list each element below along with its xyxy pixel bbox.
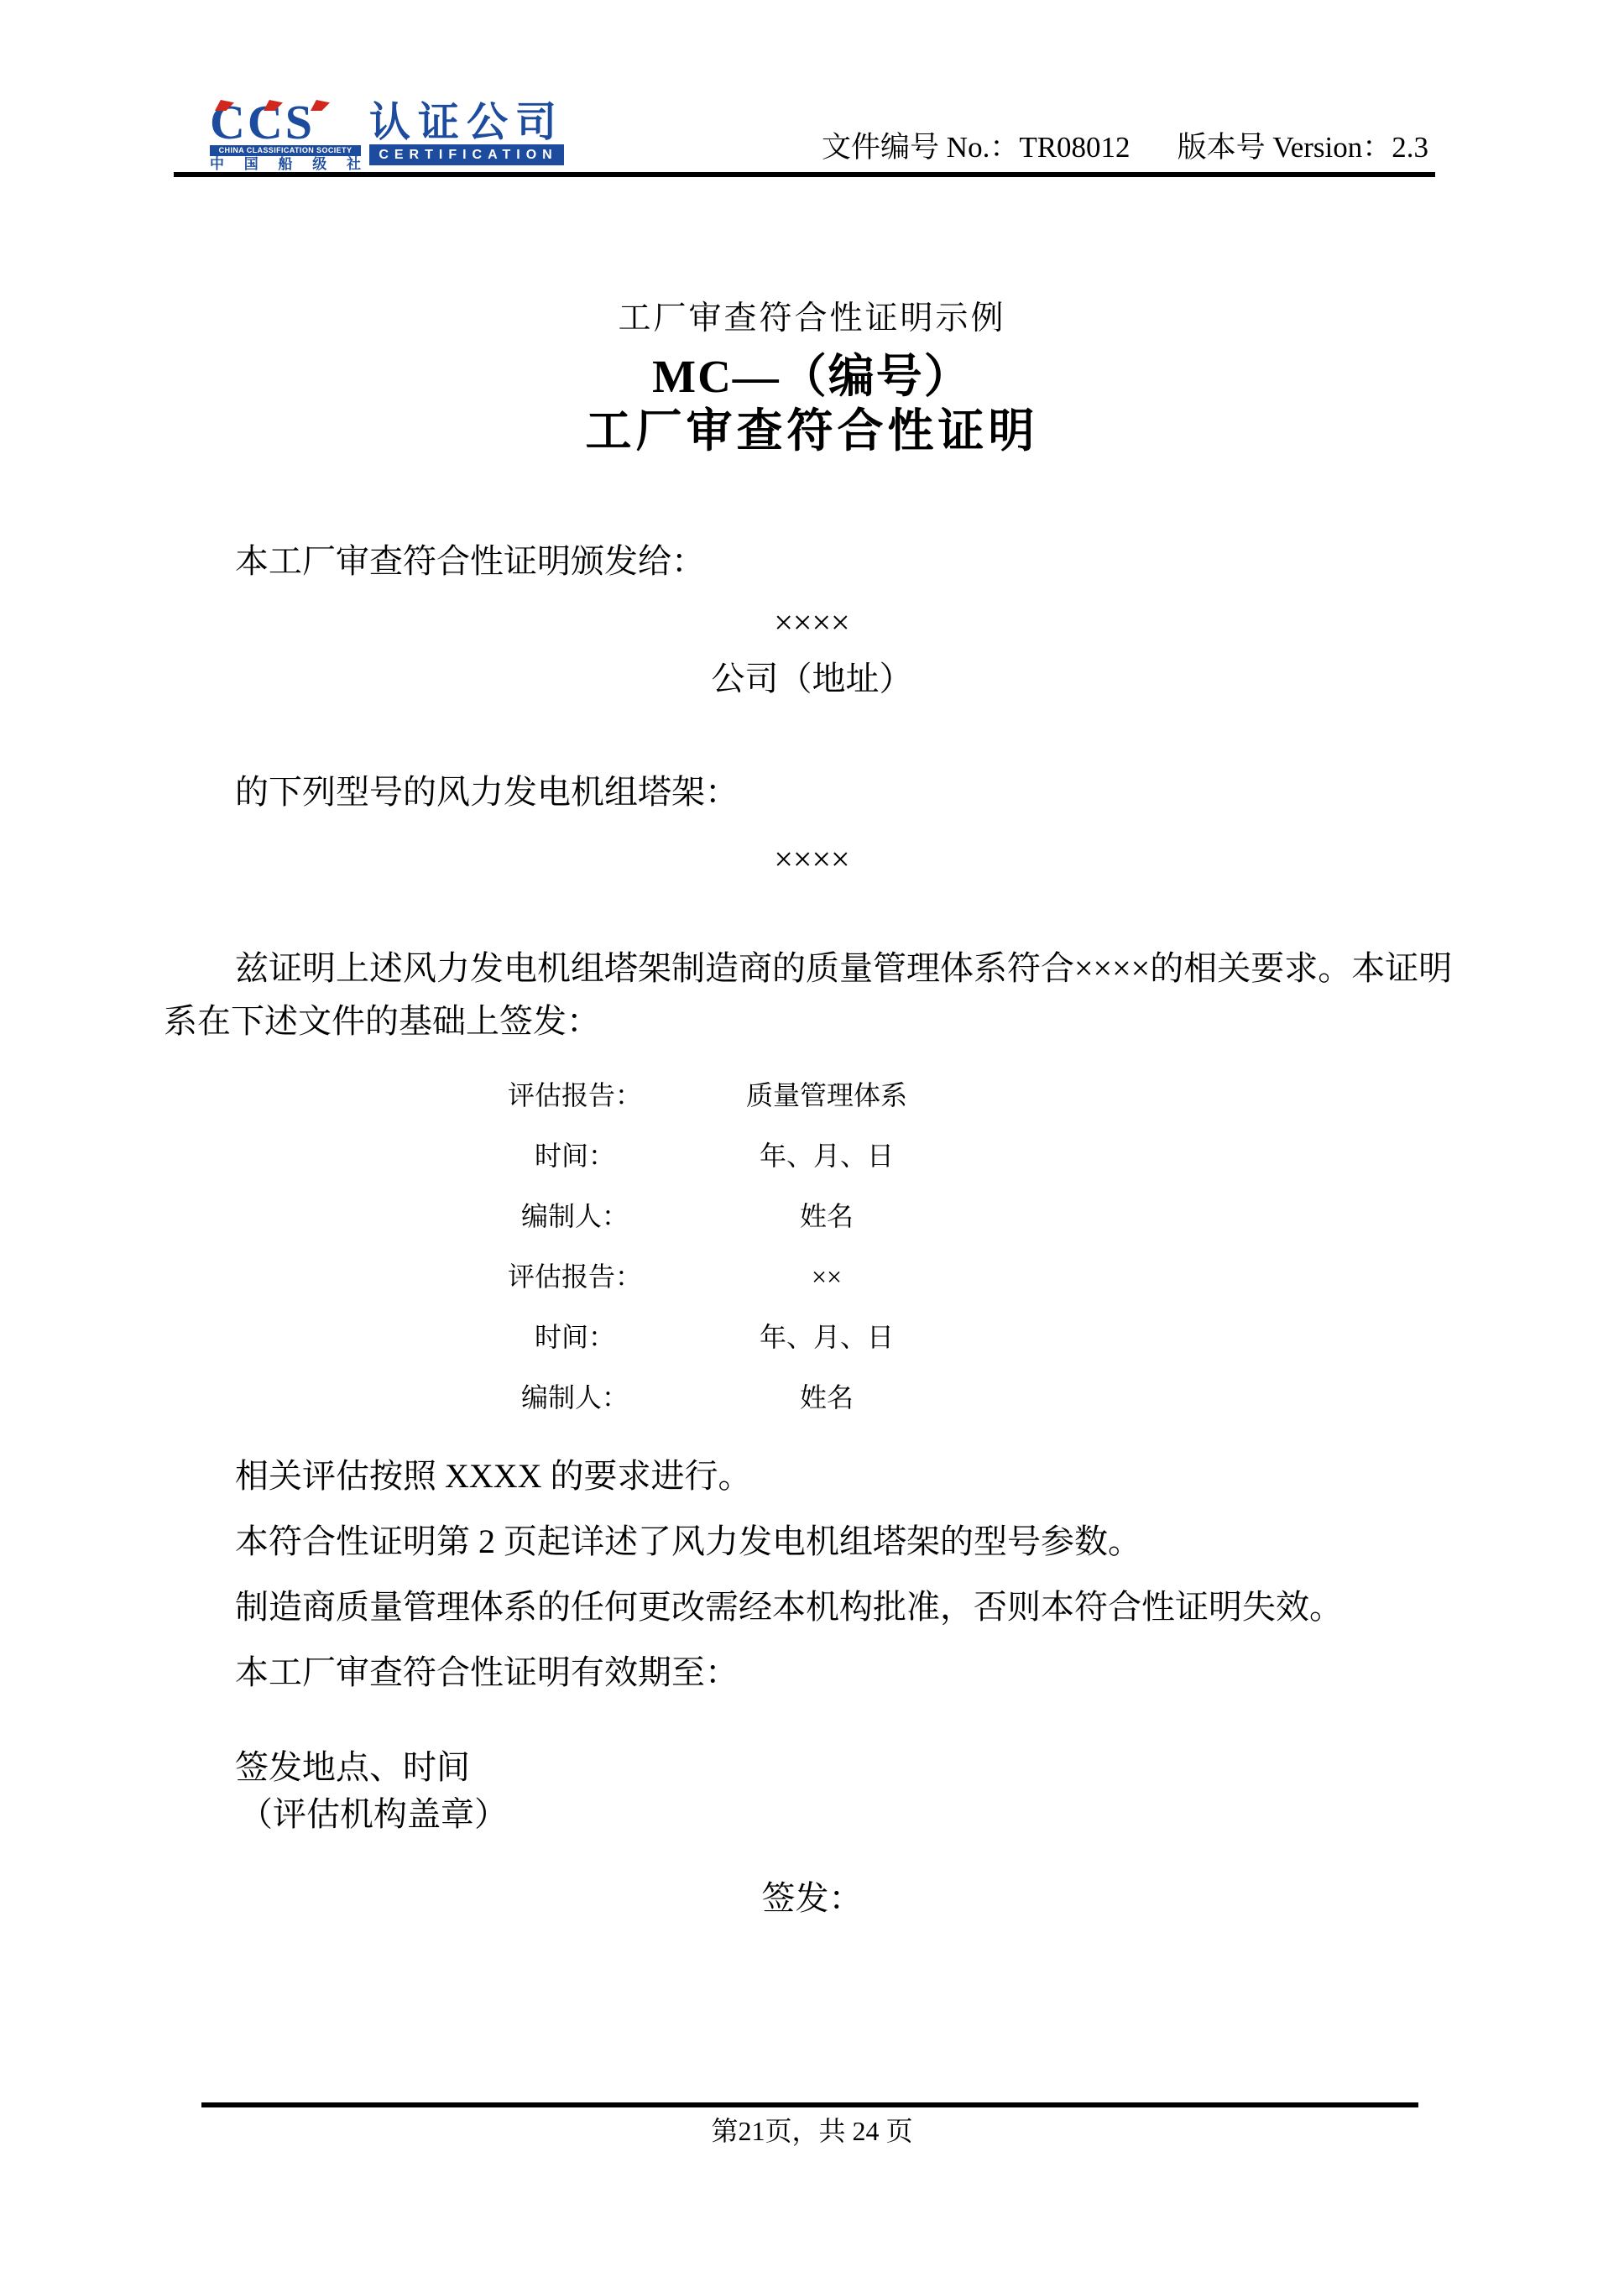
header-divider bbox=[174, 172, 1435, 177]
row-label: 时间： bbox=[449, 1141, 701, 1170]
issued-to-label: 本工厂审查符合性证明颁发给： bbox=[164, 541, 1456, 582]
certification-en-banner: CERTIFICATION bbox=[369, 144, 564, 165]
page-header: CCS CHINA CLASSIFICATION SOCIETY 中 国 船 级… bbox=[0, 0, 1624, 177]
certification-company-cn: 认证公司 bbox=[369, 104, 564, 141]
ccs-logo-left: CCS CHINA CLASSIFICATION SOCIETY 中 国 船 级… bbox=[210, 104, 361, 171]
row-value: 质量管理体系 bbox=[701, 1081, 953, 1110]
note-validity: 本工厂审查符合性证明有效期至： bbox=[164, 1653, 1456, 1693]
title-cert-number: MC—（编号） bbox=[0, 353, 1624, 401]
row-value: 姓名 bbox=[701, 1202, 953, 1230]
row-value: ×× bbox=[701, 1262, 953, 1291]
doc-version: 版本号 Version：2.3 bbox=[1178, 131, 1428, 164]
page-footer: 第21页，共 24 页 bbox=[0, 2102, 1624, 2146]
footer-divider bbox=[201, 2102, 1418, 2107]
issue-place-block: 签发地点、时间 （评估机构盖章） bbox=[164, 1747, 1456, 1835]
doc-number: 文件编号 No.：TR08012 bbox=[822, 131, 1131, 164]
row-label: 编制人： bbox=[449, 1202, 701, 1230]
model-placeholder: ×××× bbox=[0, 839, 1624, 880]
certify-statement-line2: 系在下述文件的基础上签发： bbox=[164, 995, 1469, 1047]
society-cn-char: 级 bbox=[312, 157, 326, 171]
assessment-table: 评估报告： 质量管理体系 时间： 年、月、日 编制人： 姓名 评估报告： ×× … bbox=[0, 1081, 1624, 1412]
row-label: 编制人： bbox=[449, 1383, 701, 1412]
row-value: 年、月、日 bbox=[701, 1141, 953, 1170]
document-meta: 文件编号 No.：TR08012版本号 Version：2.3 bbox=[822, 132, 1428, 164]
row-value: 年、月、日 bbox=[701, 1323, 953, 1351]
issue-seal-line: （评估机构盖章） bbox=[164, 1794, 1456, 1835]
society-cn-char: 中 bbox=[210, 157, 224, 171]
certify-statement-line1: 兹证明上述风力发电机组塔架制造商的质量管理体系符合××××的相关要求。本证明 bbox=[164, 942, 1469, 995]
society-cn-char: 国 bbox=[244, 157, 258, 171]
row-label: 评估报告： bbox=[449, 1081, 701, 1110]
row-label: 时间： bbox=[449, 1323, 701, 1351]
title-example-line: 工厂审查符合性证明示例 bbox=[0, 300, 1624, 337]
society-cn-char: 船 bbox=[279, 157, 293, 171]
table-row: 评估报告： ×× bbox=[449, 1262, 1624, 1291]
company-placeholder: ×××× bbox=[0, 603, 1624, 643]
note-assessment-basis: 相关评估按照 XXXX 的要求进行。 bbox=[164, 1456, 1456, 1496]
table-row: 编制人： 姓名 bbox=[449, 1202, 1624, 1230]
table-row: 时间： 年、月、日 bbox=[449, 1323, 1624, 1351]
ccs-logo: CCS CHINA CLASSIFICATION SOCIETY 中 国 船 级… bbox=[210, 104, 564, 171]
models-label: 的下列型号的风力发电机组塔架： bbox=[164, 772, 1456, 812]
table-row: 评估报告： 质量管理体系 bbox=[449, 1081, 1624, 1110]
society-cn-char: 社 bbox=[347, 157, 361, 171]
title-main: 工厂审查符合性证明 bbox=[0, 407, 1624, 456]
ccs-letters-block: CCS bbox=[210, 104, 361, 143]
note-change-approval: 制造商质量管理体系的任何更改需经本机构批准，否则本符合性证明失效。 bbox=[164, 1587, 1456, 1627]
page-number: 第21页，共 24 页 bbox=[0, 2116, 1624, 2146]
issue-place-line: 签发地点、时间 bbox=[164, 1747, 1456, 1788]
society-cn-name: 中 国 船 级 社 bbox=[210, 157, 361, 171]
table-row: 编制人： 姓名 bbox=[449, 1383, 1624, 1412]
row-value: 姓名 bbox=[701, 1383, 953, 1412]
note-model-parameters: 本符合性证明第 2 页起详述了风力发电机组塔架的型号参数。 bbox=[164, 1522, 1456, 1562]
table-row: 时间： 年、月、日 bbox=[449, 1141, 1624, 1170]
company-address-line: 公司（地址） bbox=[0, 659, 1624, 699]
row-label: 评估报告： bbox=[449, 1262, 701, 1291]
certify-statement: 兹证明上述风力发电机组塔架制造商的质量管理体系符合××××的相关要求。本证明 系… bbox=[164, 942, 1469, 1047]
certificate-page: CCS CHINA CLASSIFICATION SOCIETY 中 国 船 级… bbox=[0, 0, 1624, 2277]
ccs-logo-right: 认证公司 CERTIFICATION bbox=[369, 104, 564, 165]
sign-label: 签发： bbox=[0, 1878, 1624, 1919]
